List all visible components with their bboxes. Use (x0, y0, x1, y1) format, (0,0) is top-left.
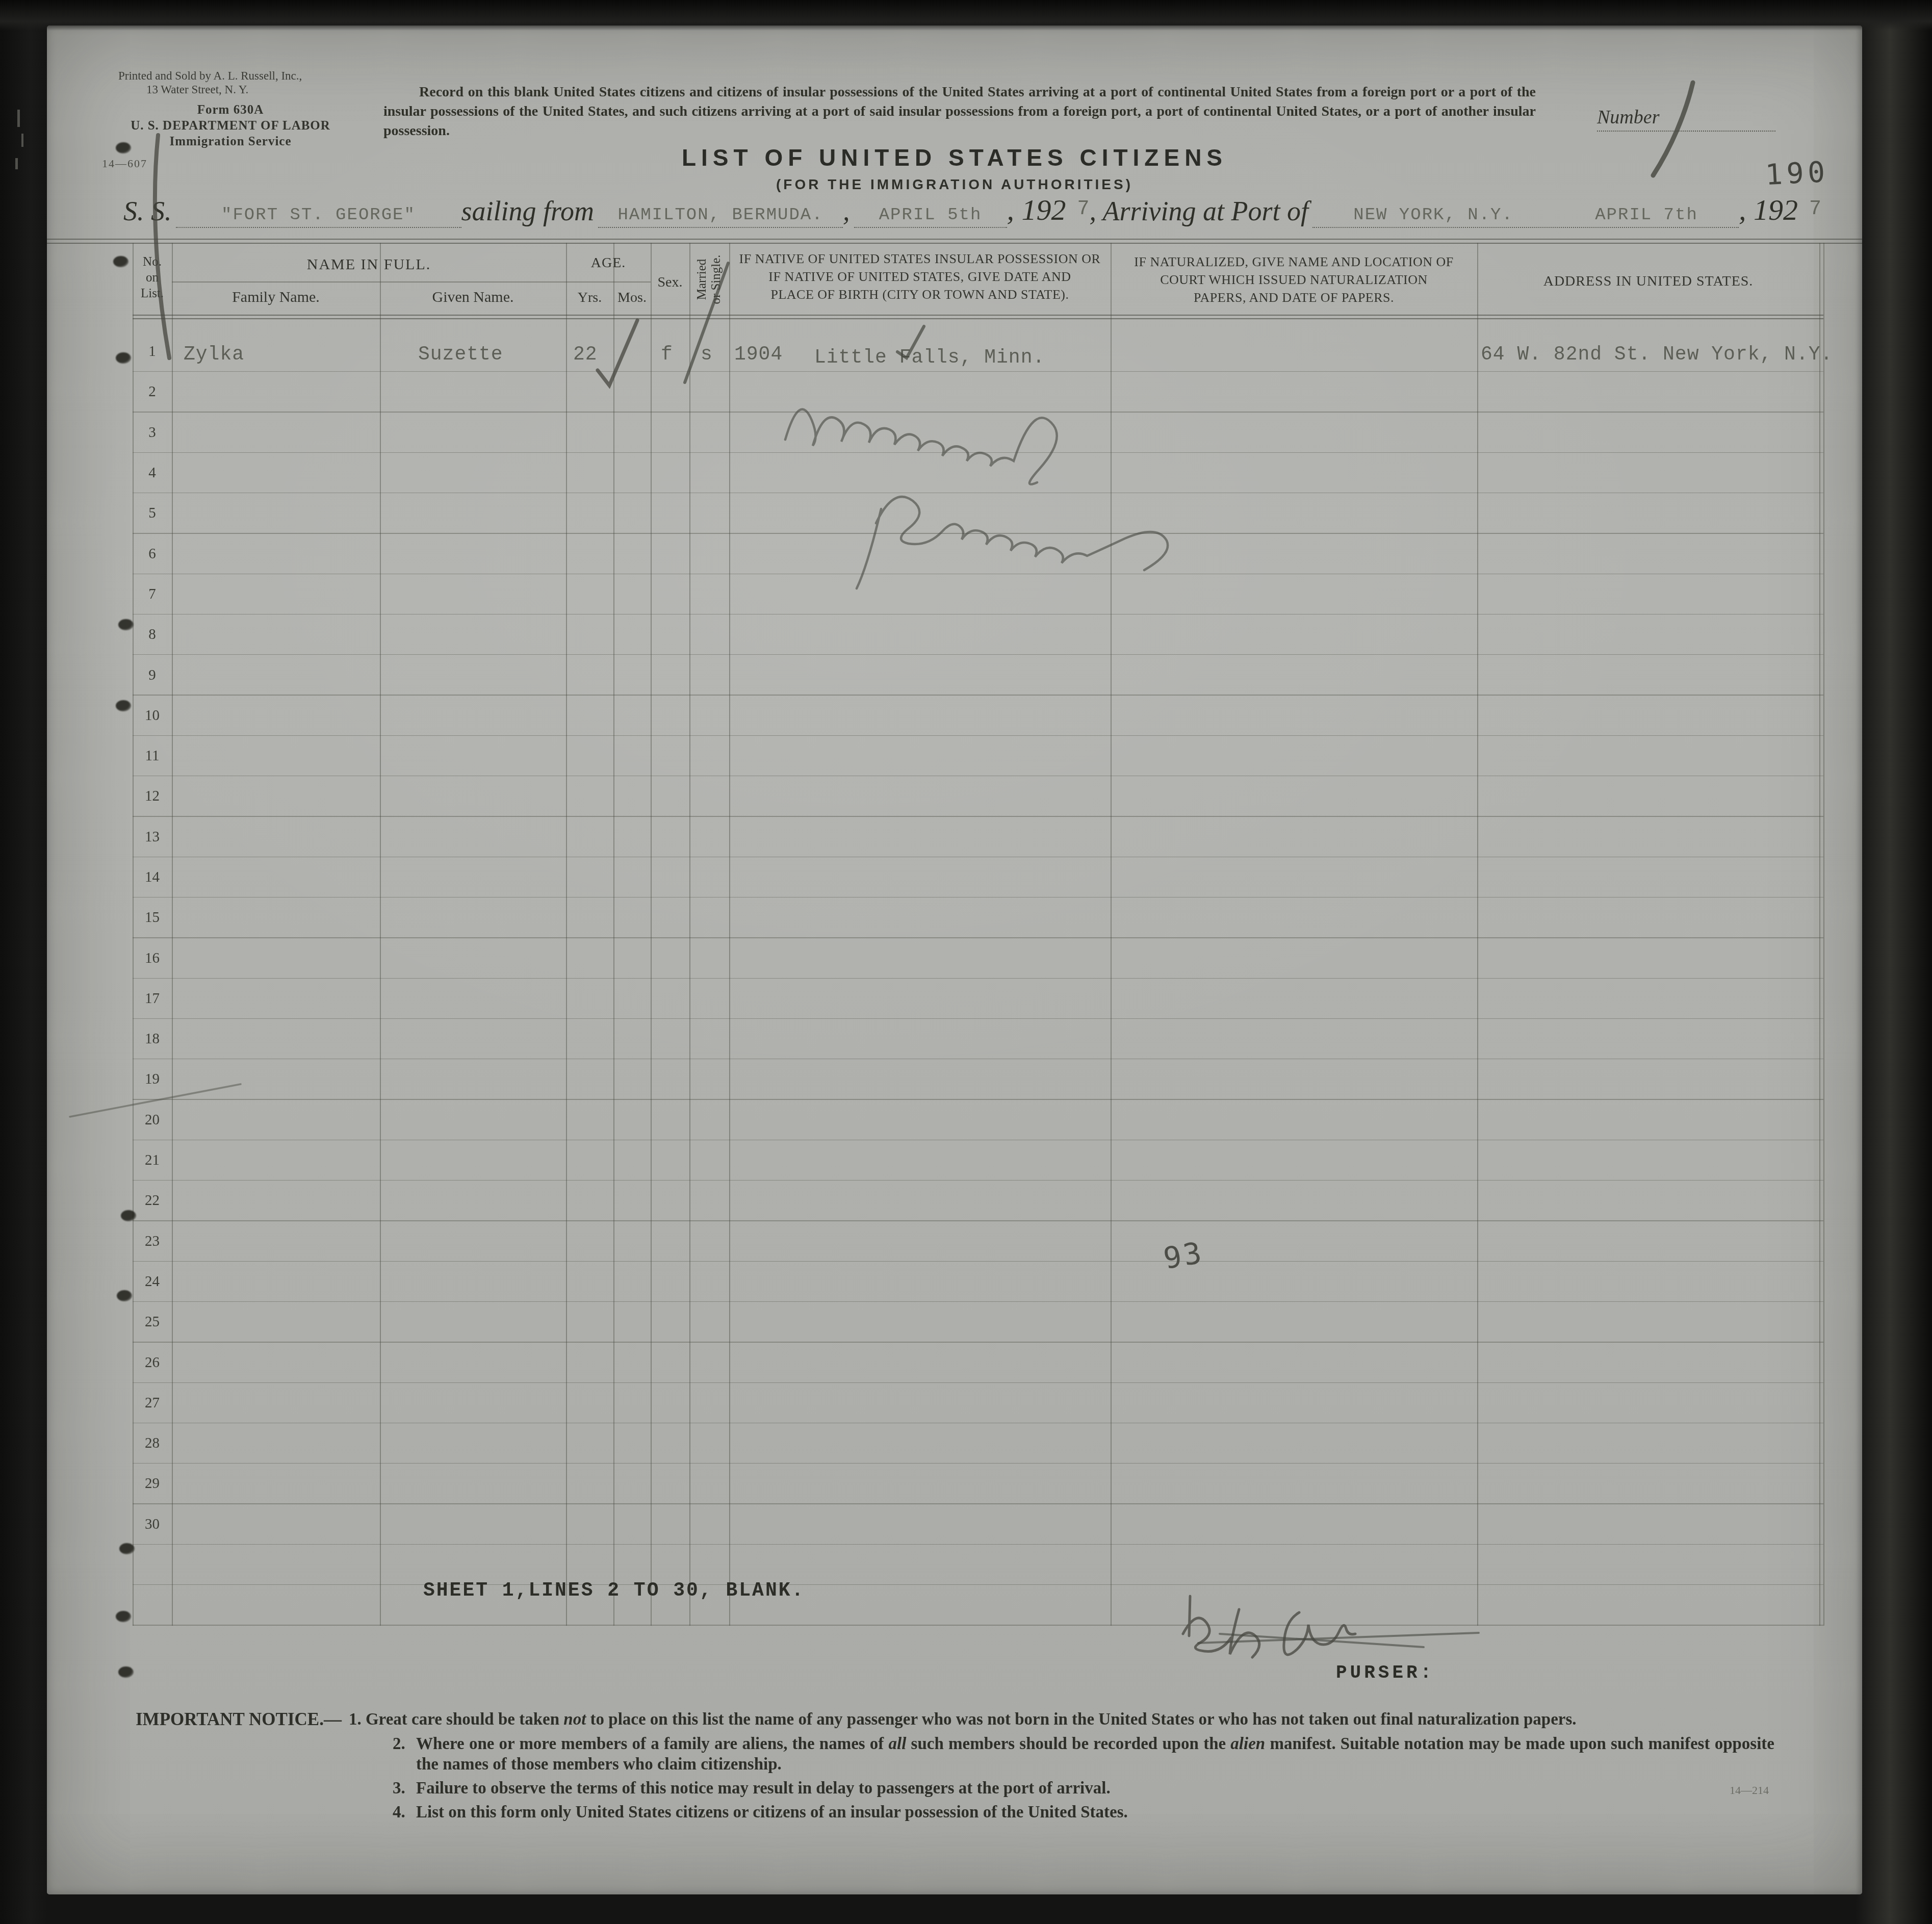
sailing-port-field: HAMILTON, BERMUDA. (598, 206, 843, 228)
rule (172, 281, 651, 283)
row-number: 26 (133, 1342, 172, 1382)
row-number: 27 (133, 1383, 172, 1423)
sailing-date: APRIL 5th (879, 206, 982, 225)
comma: , (843, 195, 854, 228)
arrival-year-typed: 7 (1809, 198, 1821, 221)
row-number: 17 (133, 979, 172, 1019)
grid-line (1823, 243, 1824, 1626)
entry-given-name: Suzette (418, 344, 503, 366)
scanned-photo-background: Printed and Sold by A. L. Russell, Inc.,… (0, 0, 1932, 1924)
sailing-date-field: APRIL 5th (854, 206, 1007, 228)
col-header-family-name: Family Name. (172, 289, 380, 306)
arrival-port: NEW YORK, N.Y. (1353, 206, 1513, 225)
entry-birth-place: Little Falls, Minn. (814, 347, 1045, 369)
row-number: 18 (133, 1019, 172, 1059)
stamped-page-number: 190 (1764, 156, 1830, 192)
row-number: 9 (133, 655, 172, 695)
form-instructions: Record on this blank United States citiz… (383, 83, 1536, 141)
film-scratch (21, 134, 23, 147)
punch-hole (119, 1543, 135, 1554)
printer-imprint: Printed and Sold by A. L. Russell, Inc.,… (118, 69, 302, 96)
row-number: 24 (133, 1262, 172, 1302)
entry-sex: f (661, 344, 673, 366)
department-name: U. S. DEPARTMENT OF LABOR (123, 118, 338, 134)
col-header-address: ADDRESS IN UNITED STATES. (1477, 273, 1819, 290)
col-header-yrs: Yrs. (566, 290, 613, 306)
row-number: 11 (133, 736, 172, 776)
number-label: Number (1597, 107, 1659, 128)
form-identifier-block: Form 630A U. S. DEPARTMENT OF LABOR Immi… (123, 102, 338, 149)
sailing-port: HAMILTON, BERMUDA. (617, 206, 823, 225)
sailing-year-printed: , 192 (1007, 193, 1070, 228)
row-number: 30 (133, 1504, 172, 1545)
notice-items: 2.Where one or more members of a family … (393, 1734, 1774, 1823)
form-number: Form 630A (123, 102, 338, 118)
voyage-header-line: S. S. "FORT ST. GEORGE" sailing from HAM… (123, 193, 1821, 228)
arriving-label: , Arriving at Port of (1090, 195, 1313, 228)
entry-family-name: Zylka (184, 344, 244, 366)
sailing-from-label: sailing from (461, 195, 599, 228)
ship-name: "FORT ST. GEORGE" (221, 206, 416, 225)
row-number: 19 (133, 1059, 172, 1099)
notice-item: 3.Failure to observe the terms of this n… (393, 1778, 1774, 1799)
notice-item: 2.Where one or more members of a family … (393, 1734, 1774, 1775)
grid-line (613, 243, 614, 1626)
notice-number: 2. (393, 1734, 416, 1775)
row-number: 29 (133, 1464, 172, 1504)
notice-number: 1. (349, 1710, 366, 1729)
row-number-column: 1234567891011121314151617181920212223242… (133, 331, 172, 1545)
printer-line2: 13 Water Street, N. Y. (118, 83, 302, 96)
printer-line1: Printed and Sold by A. L. Russell, Inc., (118, 69, 302, 83)
punch-hole (116, 352, 131, 364)
arrival-year-printed: , 192 (1739, 193, 1802, 228)
manifest-grid (133, 331, 1823, 1626)
ship-name-field: "FORT ST. GEORGE" (176, 206, 461, 228)
notice-text: Where one or more members of a family ar… (416, 1734, 1774, 1775)
punch-hole (113, 256, 128, 267)
number-field: Number (1597, 106, 1775, 132)
page-title: LIST OF UNITED STATES CITIZENS (47, 144, 1862, 171)
row-number: 12 (133, 776, 172, 816)
grid-line (566, 243, 567, 1626)
page-subtitle: (FOR THE IMMIGRATION AUTHORITIES) (47, 176, 1862, 193)
punch-hole (116, 142, 131, 153)
row-number: 7 (133, 574, 172, 614)
entry-address: 64 W. 82nd St. New York, N.Y. (1481, 344, 1833, 366)
row-number: 16 (133, 938, 172, 978)
punch-hole (116, 700, 131, 711)
col-header-married-or-single: Married or Single. (695, 239, 724, 320)
row-number: 28 (133, 1423, 172, 1464)
punch-hole (116, 1611, 131, 1622)
sheet-blank-note: SHEET 1,LINES 2 TO 30, BLANK. (423, 1580, 805, 1602)
row-number: 23 (133, 1221, 172, 1262)
row-number: 2 (133, 372, 172, 412)
purser-label: PURSER: (1336, 1662, 1434, 1683)
col-header-no-on-list: No. on List. (133, 254, 172, 301)
punch-hole (118, 619, 134, 630)
grid-line (689, 243, 690, 1626)
row-number: 1 (133, 331, 172, 372)
col-header-sex: Sex. (651, 274, 689, 291)
rule (47, 243, 1862, 244)
col-header-name-in-full: NAME IN FULL. (172, 256, 566, 273)
notice-item: 4.List on this form only United States c… (393, 1802, 1774, 1823)
rule (133, 318, 1823, 319)
arrival-field: NEW YORK, N.Y. APRIL 7th (1312, 206, 1739, 228)
entry-marital-status: s (701, 344, 713, 366)
row-number: 8 (133, 614, 172, 655)
col-header-age: AGE. (566, 255, 651, 271)
film-scratch (15, 158, 18, 169)
manifest-form-page: Printed and Sold by A. L. Russell, Inc.,… (47, 25, 1862, 1894)
grid-line (651, 243, 652, 1626)
ss-label: S. S. (123, 195, 176, 228)
sailing-year-typed: 7 (1077, 198, 1090, 221)
col-header-mos: Mos. (613, 290, 651, 306)
row-number: 6 (133, 533, 172, 574)
row-number: 5 (133, 493, 172, 533)
row-number: 22 (133, 1181, 172, 1221)
entry-age-yrs: 22 (573, 344, 598, 366)
row-number: 3 (133, 413, 172, 453)
grid-line (1111, 243, 1112, 1626)
col-header-birth: IF NATIVE OF UNITED STATES INSULAR POSSE… (729, 250, 1111, 303)
row-number: 10 (133, 696, 172, 736)
important-notice: IMPORTANT NOTICE.— 1. Great care should … (136, 1709, 1813, 1826)
row-number: 25 (133, 1302, 172, 1342)
rule (133, 315, 1823, 316)
grid-line (380, 243, 381, 1626)
notice-number: 3. (393, 1778, 416, 1799)
signature-strike-1 (1198, 1633, 1479, 1643)
grid-line (172, 243, 173, 1626)
notice-item-1: 1. Great care should be taken not to pla… (349, 1709, 1577, 1730)
arrival-date: APRIL 7th (1595, 206, 1698, 225)
row-number: 21 (133, 1140, 172, 1181)
punch-hole (121, 1210, 136, 1221)
rule (47, 239, 1862, 240)
notice-number: 4. (393, 1802, 416, 1823)
row-number: 14 (133, 857, 172, 897)
col-header-given-name: Given Name. (380, 289, 566, 306)
row-number: 15 (133, 897, 172, 938)
entry-birth-year: 1904 (734, 344, 783, 366)
punch-hole (117, 1290, 132, 1301)
col-header-naturalized: IF NATURALIZED, GIVE NAME AND LOCATION O… (1111, 253, 1477, 306)
grid-line (1819, 243, 1820, 1626)
row-number: 13 (133, 817, 172, 857)
film-scratch (17, 110, 20, 127)
signature-strike-2 (1220, 1634, 1424, 1647)
grid-line (1477, 243, 1478, 1626)
notice-text: List on this form only United States cit… (416, 1802, 1774, 1823)
punch-hole (118, 1666, 134, 1678)
grid-line (729, 243, 730, 1626)
row-number: 4 (133, 453, 172, 493)
notice-text: Failure to observe the terms of this not… (416, 1778, 1774, 1799)
notice-label: IMPORTANT NOTICE.— (136, 1709, 342, 1730)
row-number: 20 (133, 1100, 172, 1140)
